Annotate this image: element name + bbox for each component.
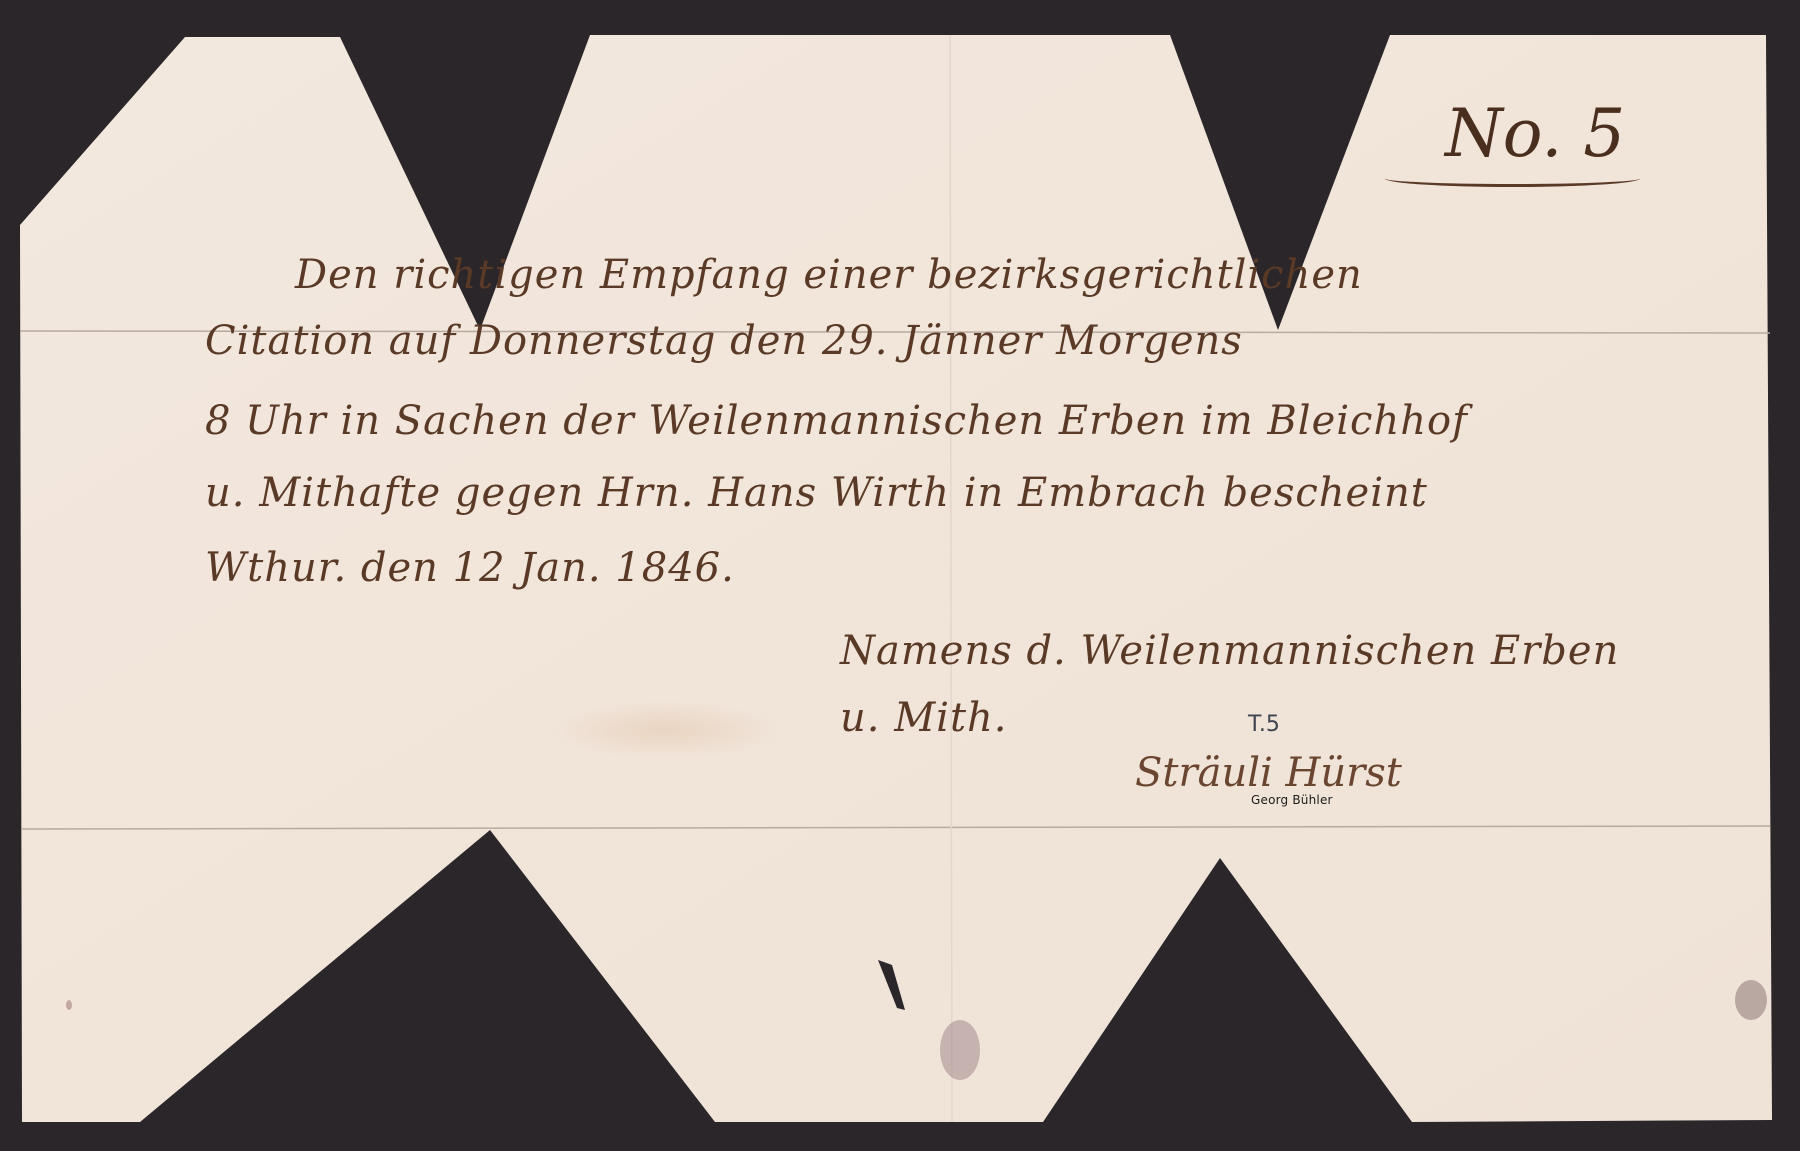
body-line-3: 8 Uhr in Sachen der Weilenmannischen Erb…	[205, 398, 1468, 444]
document-scan: No. 5 Den richtigen Empfang einer bezirk…	[0, 0, 1800, 1151]
body-line-date: Wthur. den 12 Jan. 1846.	[205, 545, 735, 591]
ink-stain	[1735, 980, 1767, 1020]
faded-stamp-mark	[545, 700, 785, 760]
document-number: No. 5	[1445, 95, 1625, 172]
closing-line-2: u. Mith.	[840, 695, 1008, 741]
signature: Sträuli Hürst	[1135, 750, 1402, 796]
ink-stain	[940, 1020, 980, 1080]
body-line-1: Den richtigen Empfang einer bezirksgeric…	[295, 252, 1363, 298]
body-line-2: Citation auf Donnerstag den 29. Jänner M…	[205, 318, 1243, 364]
collector-stamp: Georg Bühler	[1251, 793, 1333, 807]
stain-dot	[66, 1000, 72, 1010]
closing-line-1: Namens d. Weilenmannischen Erben	[840, 628, 1619, 674]
pencil-annotation: T.5	[1248, 712, 1280, 737]
number-underline	[1385, 170, 1640, 187]
body-line-4: u. Mithafte gegen Hrn. Hans Wirth in Emb…	[205, 470, 1428, 516]
